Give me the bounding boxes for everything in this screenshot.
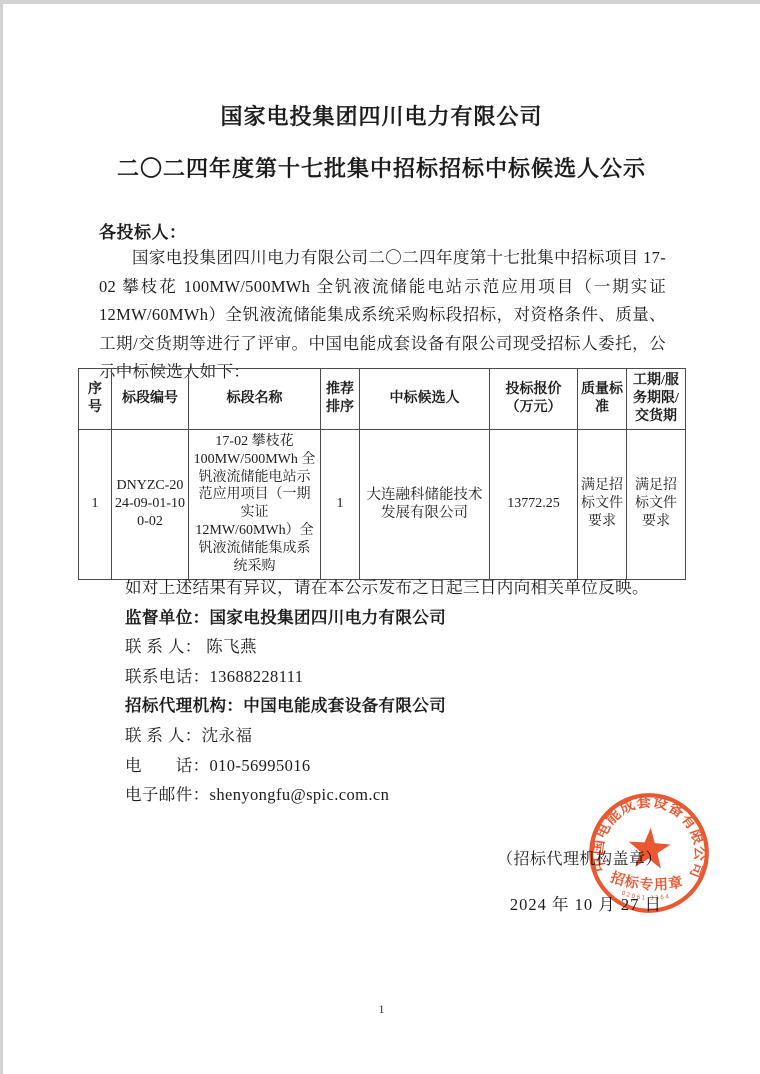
col-header-bid-price: 投标报价（万元） xyxy=(490,369,578,430)
col-header-quality: 质量标准 xyxy=(578,369,627,430)
footer-contact-block: 如对上述结果有异议，请在本公示发布之日起三日内向相关单位反映。 监督单位：国家电… xyxy=(125,573,649,810)
seal-bottom-text: 招标专用章 xyxy=(607,868,686,896)
doc-title-line2: 二〇二四年度第十七批集中招标招标中标候选人公示 xyxy=(3,152,760,183)
contact-phone-2: 电 话：010-56995016 xyxy=(125,751,649,781)
col-header-candidate: 中标候选人 xyxy=(360,369,490,430)
svg-text:招标专用章: 招标专用章 xyxy=(607,868,686,896)
col-header-seq: 序号 xyxy=(79,369,112,430)
col-header-section-code: 标段编号 xyxy=(112,369,189,430)
contact-person-1: 联 系 人： 陈飞燕 xyxy=(125,632,649,662)
objection-note: 如对上述结果有异议，请在本公示发布之日起三日内向相关单位反映。 xyxy=(125,573,649,603)
contact-email: 电子邮件：shenyongfu@spic.com.cn xyxy=(125,780,649,810)
cell-seq: 1 xyxy=(79,429,112,579)
doc-title-line1: 国家电投集团四川电力有限公司 xyxy=(3,100,760,131)
table-row: 1 DNYZC-2024-09-01-100-02 17-02 攀枝花 100M… xyxy=(79,429,686,579)
cell-section-code: DNYZC-2024-09-01-100-02 xyxy=(112,429,189,579)
col-header-section-name: 标段名称 xyxy=(189,369,321,430)
contact-person-2: 联 系 人：沈永福 xyxy=(125,721,649,751)
bidding-agency: 招标代理机构：中国电能成套设备有限公司 xyxy=(125,691,649,721)
cell-bid-price: 13772.25 xyxy=(490,429,578,579)
cell-candidate: 大连融科储能技术发展有限公司 xyxy=(360,429,490,579)
page-number: 1 xyxy=(3,1002,760,1017)
document-viewer: { "doc": { "title_line1": "国家电投集团四川电力有限公… xyxy=(0,0,760,1074)
col-header-rank: 推荐排序 xyxy=(321,369,360,430)
contact-phone-1: 联系电话：13688228111 xyxy=(125,662,649,692)
cell-rank: 1 xyxy=(321,429,360,579)
company-seal-stamp: 中国电能成套设备有限公司 招标专用章 02061 3364 xyxy=(582,786,716,920)
bid-results-table: 序号 标段编号 标段名称 推荐排序 中标候选人 投标报价（万元） 质量标准 工期… xyxy=(78,368,686,580)
table-header-row: 序号 标段编号 标段名称 推荐排序 中标候选人 投标报价（万元） 质量标准 工期… xyxy=(79,369,686,430)
cell-schedule: 满足招标文件要求 xyxy=(627,429,686,579)
intro-paragraph: 国家电投集团四川电力有限公司二〇二四年度第十七批集中招标项目 17-02 攀枝花… xyxy=(99,244,666,387)
col-header-schedule: 工期/服务期限/交货期 xyxy=(627,369,686,430)
cell-section-name: 17-02 攀枝花 100MW/500MWh 全钒液流储能电站示范应用项目（一期… xyxy=(189,429,321,579)
document-page: 国家电投集团四川电力有限公司 二〇二四年度第十七批集中招标招标中标候选人公示 各… xyxy=(3,4,760,1074)
cell-quality: 满足招标文件要求 xyxy=(578,429,627,579)
seal-star-icon xyxy=(627,826,672,869)
salutation: 各投标人： xyxy=(99,218,187,243)
supervision-unit: 监督单位：国家电投集团四川电力有限公司 xyxy=(125,603,649,633)
